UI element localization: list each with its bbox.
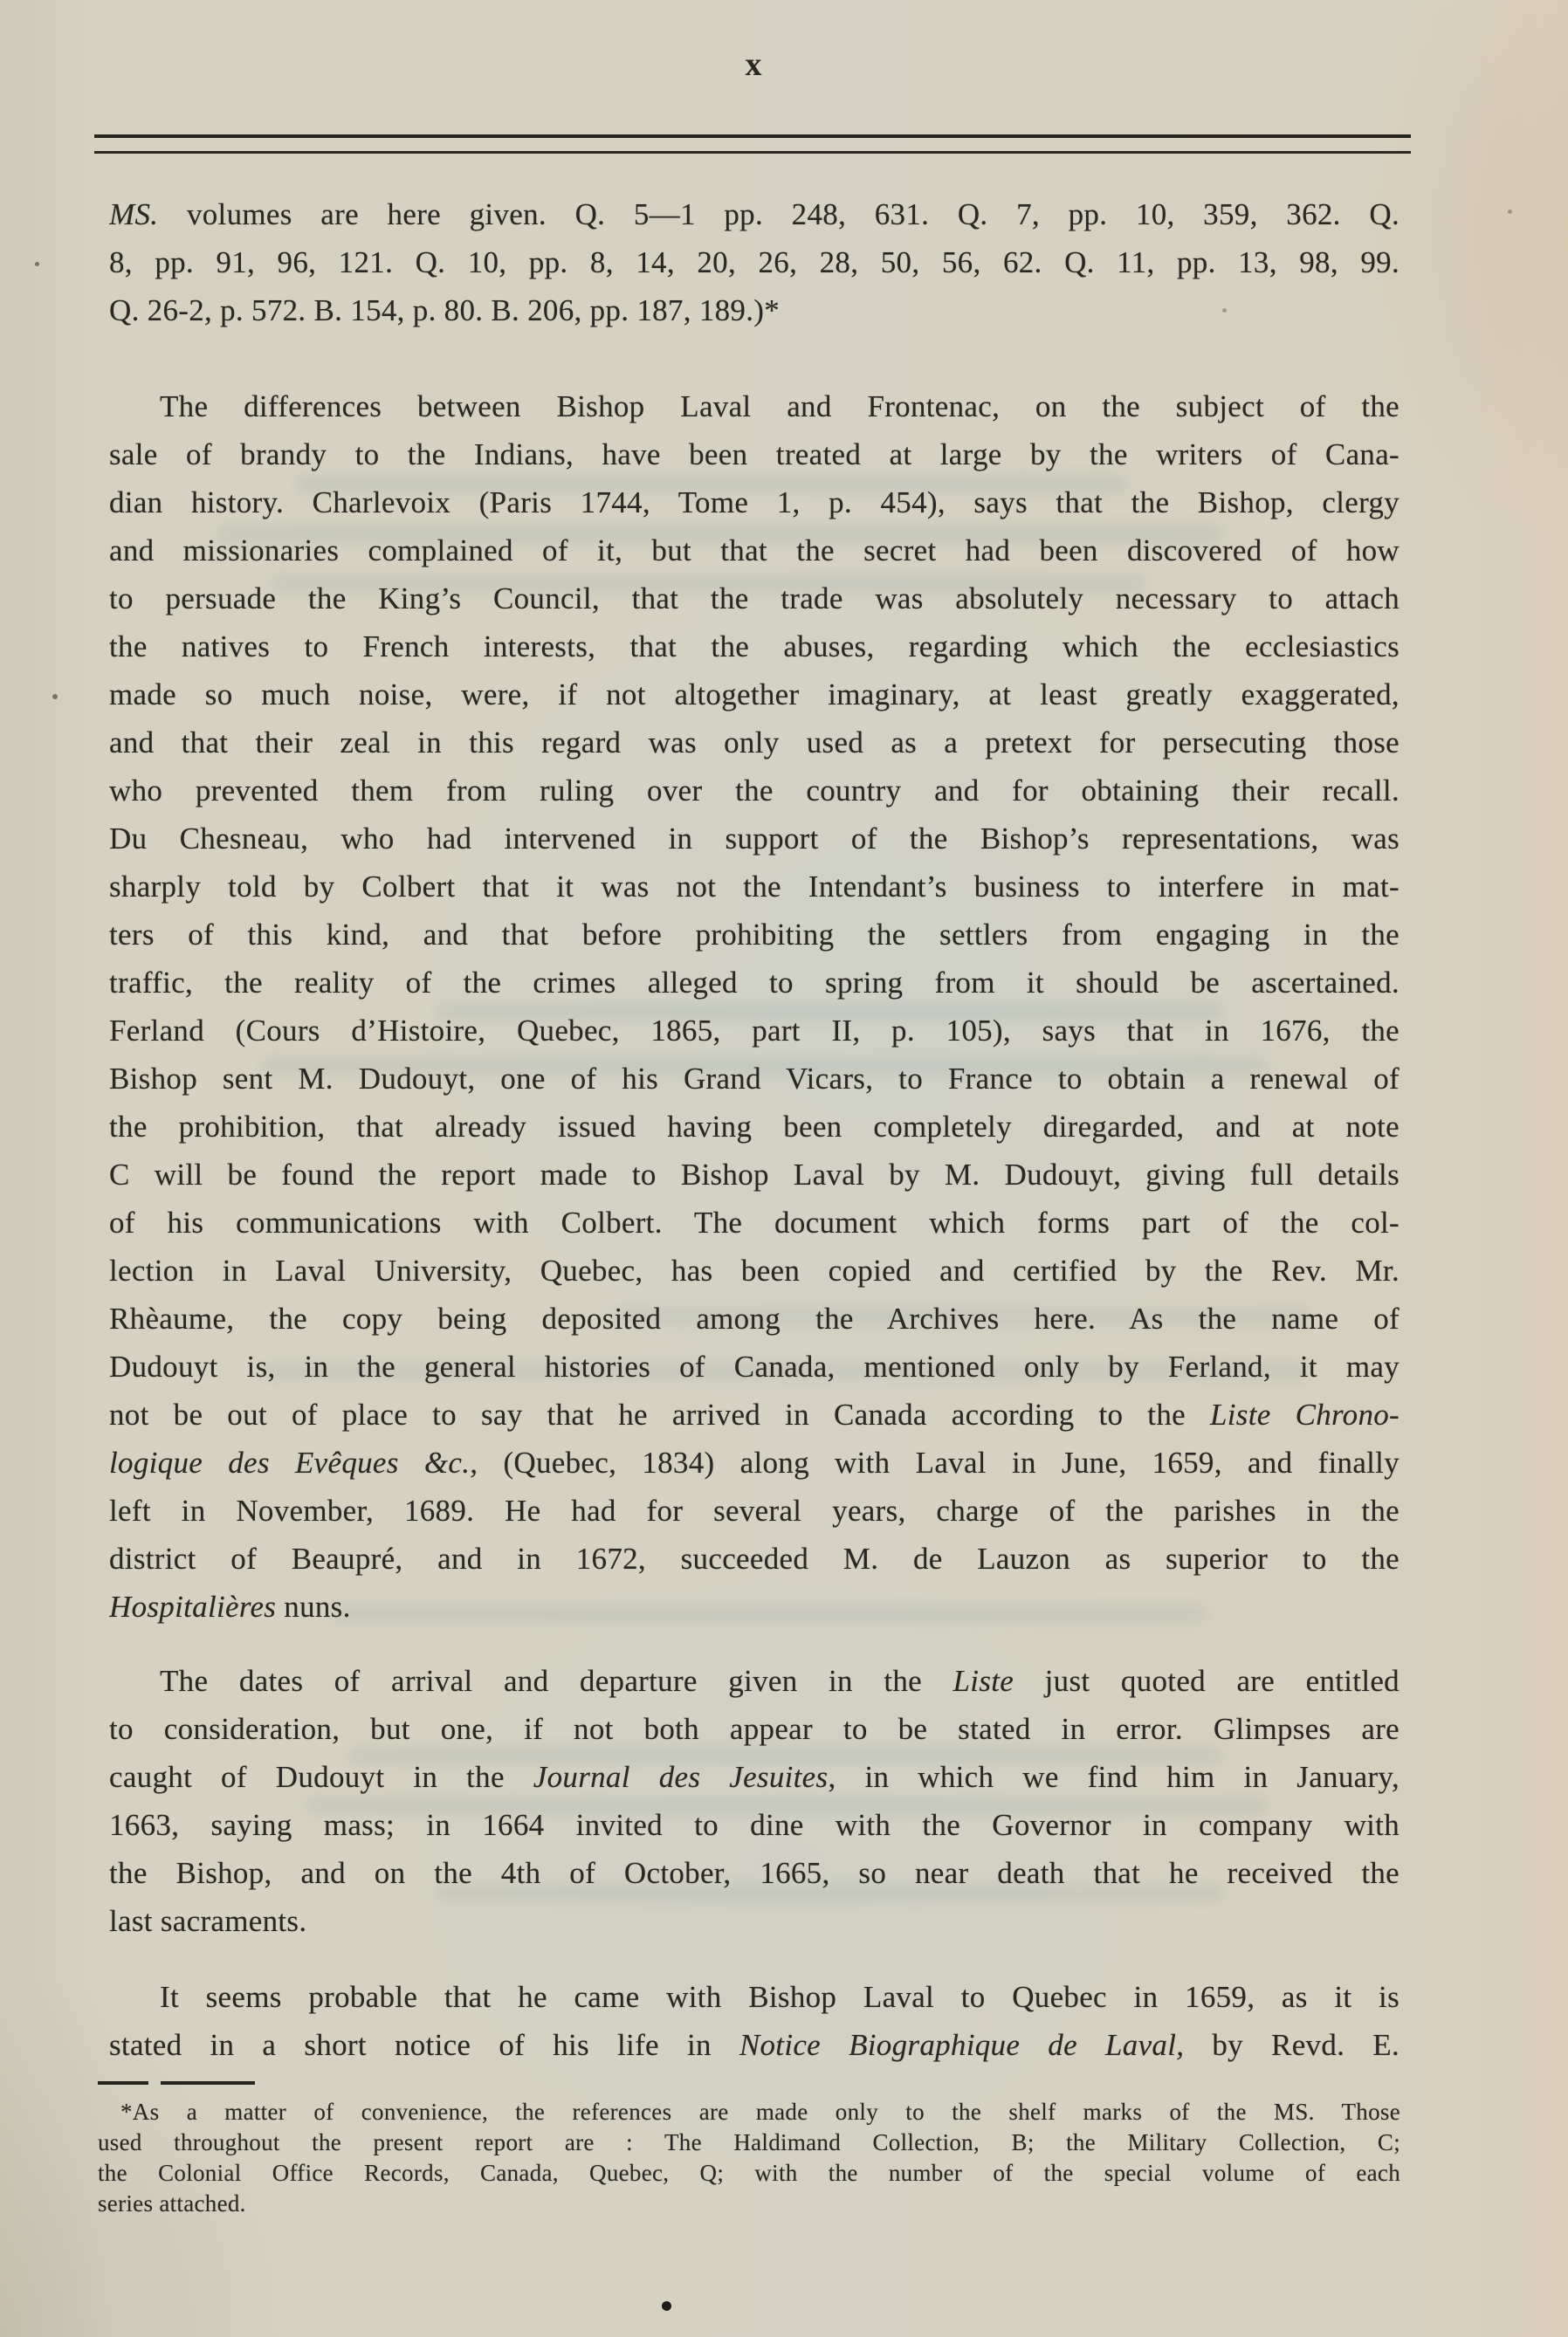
text-line: the Bishop, and on the 4th of October, 1…	[109, 1849, 1400, 1897]
paragraph-laval-frontenac: The differences between Bishop Laval and…	[109, 382, 1400, 1631]
text-line: logique des Evêques &c., (Quebec, 1834) …	[109, 1439, 1400, 1487]
header-double-rule	[94, 134, 1411, 154]
ink-speck	[1222, 308, 1227, 313]
text-line: to consideration, but one, if not both a…	[109, 1705, 1400, 1753]
text-line: Ferland (Cours d’Histoire, Quebec, 1865,…	[109, 1007, 1400, 1055]
text-line: The differences between Bishop Laval and…	[109, 382, 1400, 430]
paragraph-dates: The dates of arrival and departure given…	[109, 1657, 1400, 1945]
ink-speck	[35, 262, 39, 266]
text-line: and missionaries complained of it, but t…	[109, 526, 1400, 574]
text-line: It seems probable that he came with Bish…	[109, 1973, 1400, 2021]
text-line: 8, pp. 91, 96, 121. Q. 10, pp. 8, 14, 20…	[109, 238, 1400, 286]
text-line: not be out of place to say that he arriv…	[109, 1391, 1400, 1439]
footnote-line: used throughout the present report are :…	[98, 2127, 1400, 2158]
text-line: who prevented them from ruling over the …	[109, 766, 1400, 815]
footnote-line: series attached.	[98, 2189, 1400, 2219]
text-line: the prohibition, that already issued hav…	[109, 1103, 1400, 1151]
text-line: and that their zeal in this regard was o…	[109, 718, 1400, 766]
footnote-rule	[98, 2081, 255, 2085]
scanned-book-page: x MS. volumes are here given. Q. 5—1 pp.…	[0, 0, 1568, 2337]
text-line: traffic, the reality of the crimes alleg…	[109, 959, 1400, 1007]
text-line: caught of Dudouyt in the Journal des Jes…	[109, 1753, 1400, 1801]
text-line: last sacraments.	[109, 1897, 1400, 1945]
text-line: Hospitalières nuns.	[109, 1583, 1400, 1631]
text-line: to persuade the King’s Council, that the…	[109, 574, 1400, 622]
text-line: 1663, saying mass; in 1664 invited to di…	[109, 1801, 1400, 1849]
text-line: Du Chesneau, who had intervened in suppo…	[109, 815, 1400, 863]
text-line: Rhèaume, the copy being deposited among …	[109, 1295, 1400, 1343]
paragraph-probable: It seems probable that he came with Bish…	[109, 1973, 1400, 2069]
text-line: sharply told by Colbert that it was not …	[109, 863, 1400, 911]
text-line: C will be found the report made to Bisho…	[109, 1151, 1400, 1199]
text-line: of his communications with Colbert. The …	[109, 1199, 1400, 1247]
footnote-line: *As a matter of convenience, the referen…	[98, 2097, 1400, 2127]
text-line: the natives to French interests, that th…	[109, 622, 1400, 670]
footnote-line: the Colonial Office Records, Canada, Que…	[98, 2158, 1400, 2189]
page-number: x	[109, 45, 1400, 84]
text-line: Q. 26-2, p. 572. B. 154, p. 80. B. 206, …	[109, 286, 1400, 334]
text-line: district of Beaupré, and in 1672, succee…	[109, 1535, 1400, 1583]
text-line: ters of this kind, and that before prohi…	[109, 911, 1400, 959]
text-line: The dates of arrival and departure given…	[109, 1657, 1400, 1705]
footnote: *As a matter of convenience, the referen…	[98, 2097, 1400, 2219]
text-line: stated in a short notice of his life in …	[109, 2021, 1400, 2069]
text-line: sale of brandy to the Indians, have been…	[109, 430, 1400, 478]
ink-speck	[1508, 210, 1512, 214]
ink-dot	[662, 2301, 671, 2311]
text-line: left in November, 1689. He had for sever…	[109, 1487, 1400, 1535]
text-line: Bishop sent M. Dudouyt, one of his Grand…	[109, 1055, 1400, 1103]
text-line: Dudouyt is, in the general histories of …	[109, 1343, 1400, 1391]
text-line: lection in Laval University, Quebec, has…	[109, 1247, 1400, 1295]
paragraph-references: MS. volumes are here given. Q. 5—1 pp. 2…	[109, 190, 1400, 334]
text-line: dian history. Charlevoix (Paris 1744, To…	[109, 478, 1400, 526]
text-line: made so much noise, were, if not altoget…	[109, 670, 1400, 718]
ink-speck	[52, 694, 58, 699]
text-line: MS. volumes are here given. Q. 5—1 pp. 2…	[109, 190, 1400, 238]
